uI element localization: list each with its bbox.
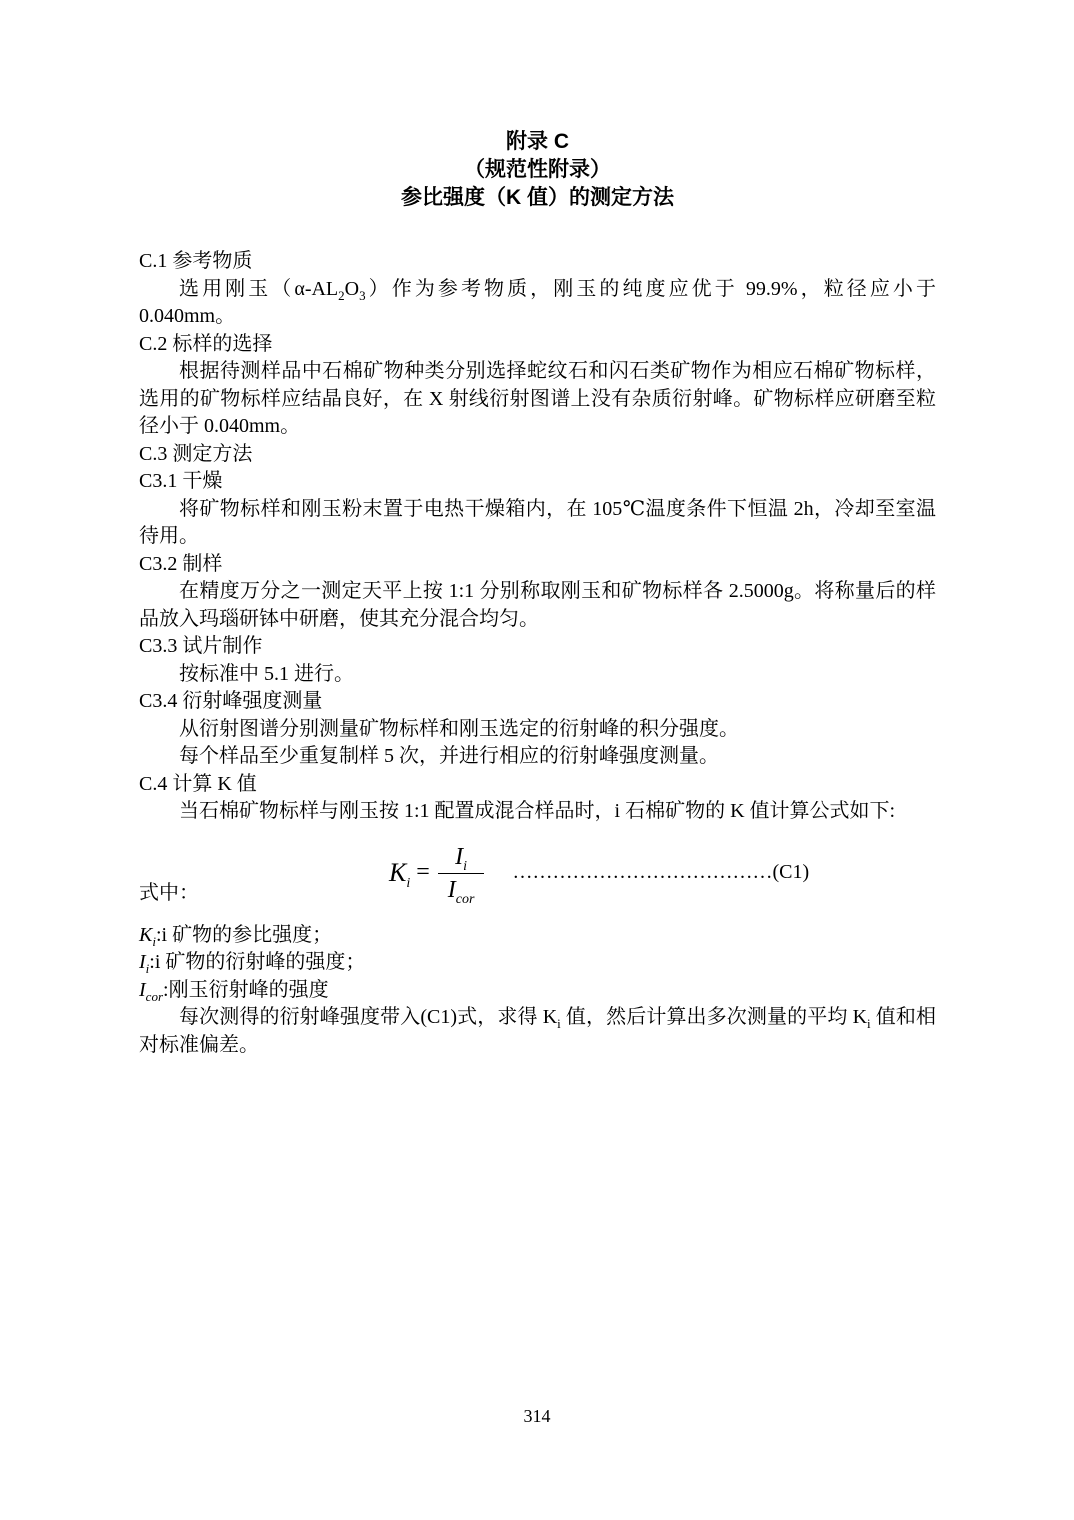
section-c4-intro: 当石棉矿物标样与刚玉按 1:1 配置成混合样品时，i 石棉矿物的 K 值计算公式… [139,798,936,826]
definition-ki-symbol: Ki [139,924,156,946]
page-number: 314 [0,1406,1074,1427]
c1-text-mid: O [345,278,359,300]
definition-icor-text: :刚玉衍射峰的强度 [163,979,329,1001]
formula-numerator: Ii [445,842,477,873]
definition-icor: Icor:刚玉衍射峰的强度 [139,977,936,1005]
formula-fraction: Ii Icor [438,842,485,905]
section-c31-heading: C3.1 干燥 [139,468,936,496]
formula-denominator-symbol: I [448,877,456,903]
closing-text-mid: 值，然后计算出多次测量的平均 K [561,1006,867,1028]
section-c2-paragraph: 根据待测样品中石棉矿物种类分别选择蛇纹石和闪石类矿物作为相应石棉矿物标样，选用的… [139,358,936,441]
formula-lhs-subscript: i [406,876,410,891]
section-c2-heading: C.2 标样的选择 [139,331,936,359]
section-c32-paragraph: 在精度万分之一测定天平上按 1:1 分别称取刚玉和矿物标样各 2.5000g。将… [139,578,936,633]
definition-ii: Ii:i 矿物的衍射峰的强度； [139,949,936,977]
section-c3-heading: C.3 测定方法 [139,441,936,469]
definition-ki: Ki:i 矿物的参比强度； [139,922,936,950]
definition-icor-symbol: Icor [139,979,163,1001]
formula-denominator-subscript: cor [456,891,475,906]
formula-c1: Ki = Ii Icor ………………………………… (C1) [389,842,809,905]
section-c4-closing-paragraph: 每次测得的衍射峰强度带入(C1)式，求得 Ki 值，然后计算出多次测量的平均 K… [139,1004,936,1059]
section-c34-heading: C3.4 衍射峰强度测量 [139,688,936,716]
definition-ii-text: :i 矿物的衍射峰的强度； [149,951,365,973]
formula-equals-sign: = [416,859,430,887]
formula-lhs-symbol: K [389,858,406,887]
formula-block: 式中： Ki = Ii Icor ………………………………… (C1) [139,842,936,920]
section-c1-heading: C.1 参考物质 [139,248,936,276]
section-c33-heading: C3.3 试片制作 [139,633,936,661]
definition-ki-text: :i 矿物的参比强度； [156,924,332,946]
formula-dot-leader: ………………………………… [512,859,772,887]
formula-lhs: Ki [389,859,410,887]
section-c31-paragraph: 将矿物标样和刚玉粉末置于电热干燥箱内，在 105℃温度条件下恒温 2h，冷却至室… [139,496,936,551]
section-c34-paragraph-2: 每个样品至少重复制样 5 次，并进行相应的衍射峰强度测量。 [139,743,936,771]
closing-text-pre: 每次测得的衍射峰强度带入(C1)式，求得 K [179,1006,557,1028]
section-c32-heading: C3.2 制样 [139,551,936,579]
definition-icor-subscript: cor [146,989,163,1004]
formula-numerator-subscript: i [463,858,467,873]
c1-text-pre: 选用刚玉（α-AL [179,278,338,300]
section-c4-heading: C.4 计算 K 值 [139,771,936,799]
formula-numerator-symbol: I [455,844,463,870]
formula-equation-number: (C1) [772,859,809,887]
formula-where-label: 式中： [139,880,199,908]
document-page: 附录 C （规范性附录） 参比强度（K 值）的测定方法 C.1 参考物质 选用刚… [0,0,1074,1520]
appendix-title: 附录 C [139,128,936,156]
definition-ii-letter: I [139,951,146,973]
section-c34-paragraph-1: 从衍射图谱分别测量矿物标样和刚玉选定的衍射峰的积分强度。 [139,716,936,744]
section-c33-paragraph: 按标准中 5.1 进行。 [139,661,936,689]
definition-icor-letter: I [139,979,146,1001]
document-content: 附录 C （规范性附录） 参比强度（K 值）的测定方法 C.1 参考物质 选用刚… [139,128,936,1059]
appendix-subtitle: （规范性附录） [139,156,936,184]
document-body: C.1 参考物质 选用刚玉（α-AL2O3）作为参考物质，刚玉的纯度应优于 99… [139,248,936,1059]
definition-ii-symbol: Ii [139,951,149,973]
formula-denominator: Icor [438,873,485,905]
section-c1-paragraph: 选用刚玉（α-AL2O3）作为参考物质，刚玉的纯度应优于 99.9%，粒径应小于… [139,276,936,331]
appendix-method-title: 参比强度（K 值）的测定方法 [139,184,936,212]
definition-ki-letter: K [139,924,152,946]
